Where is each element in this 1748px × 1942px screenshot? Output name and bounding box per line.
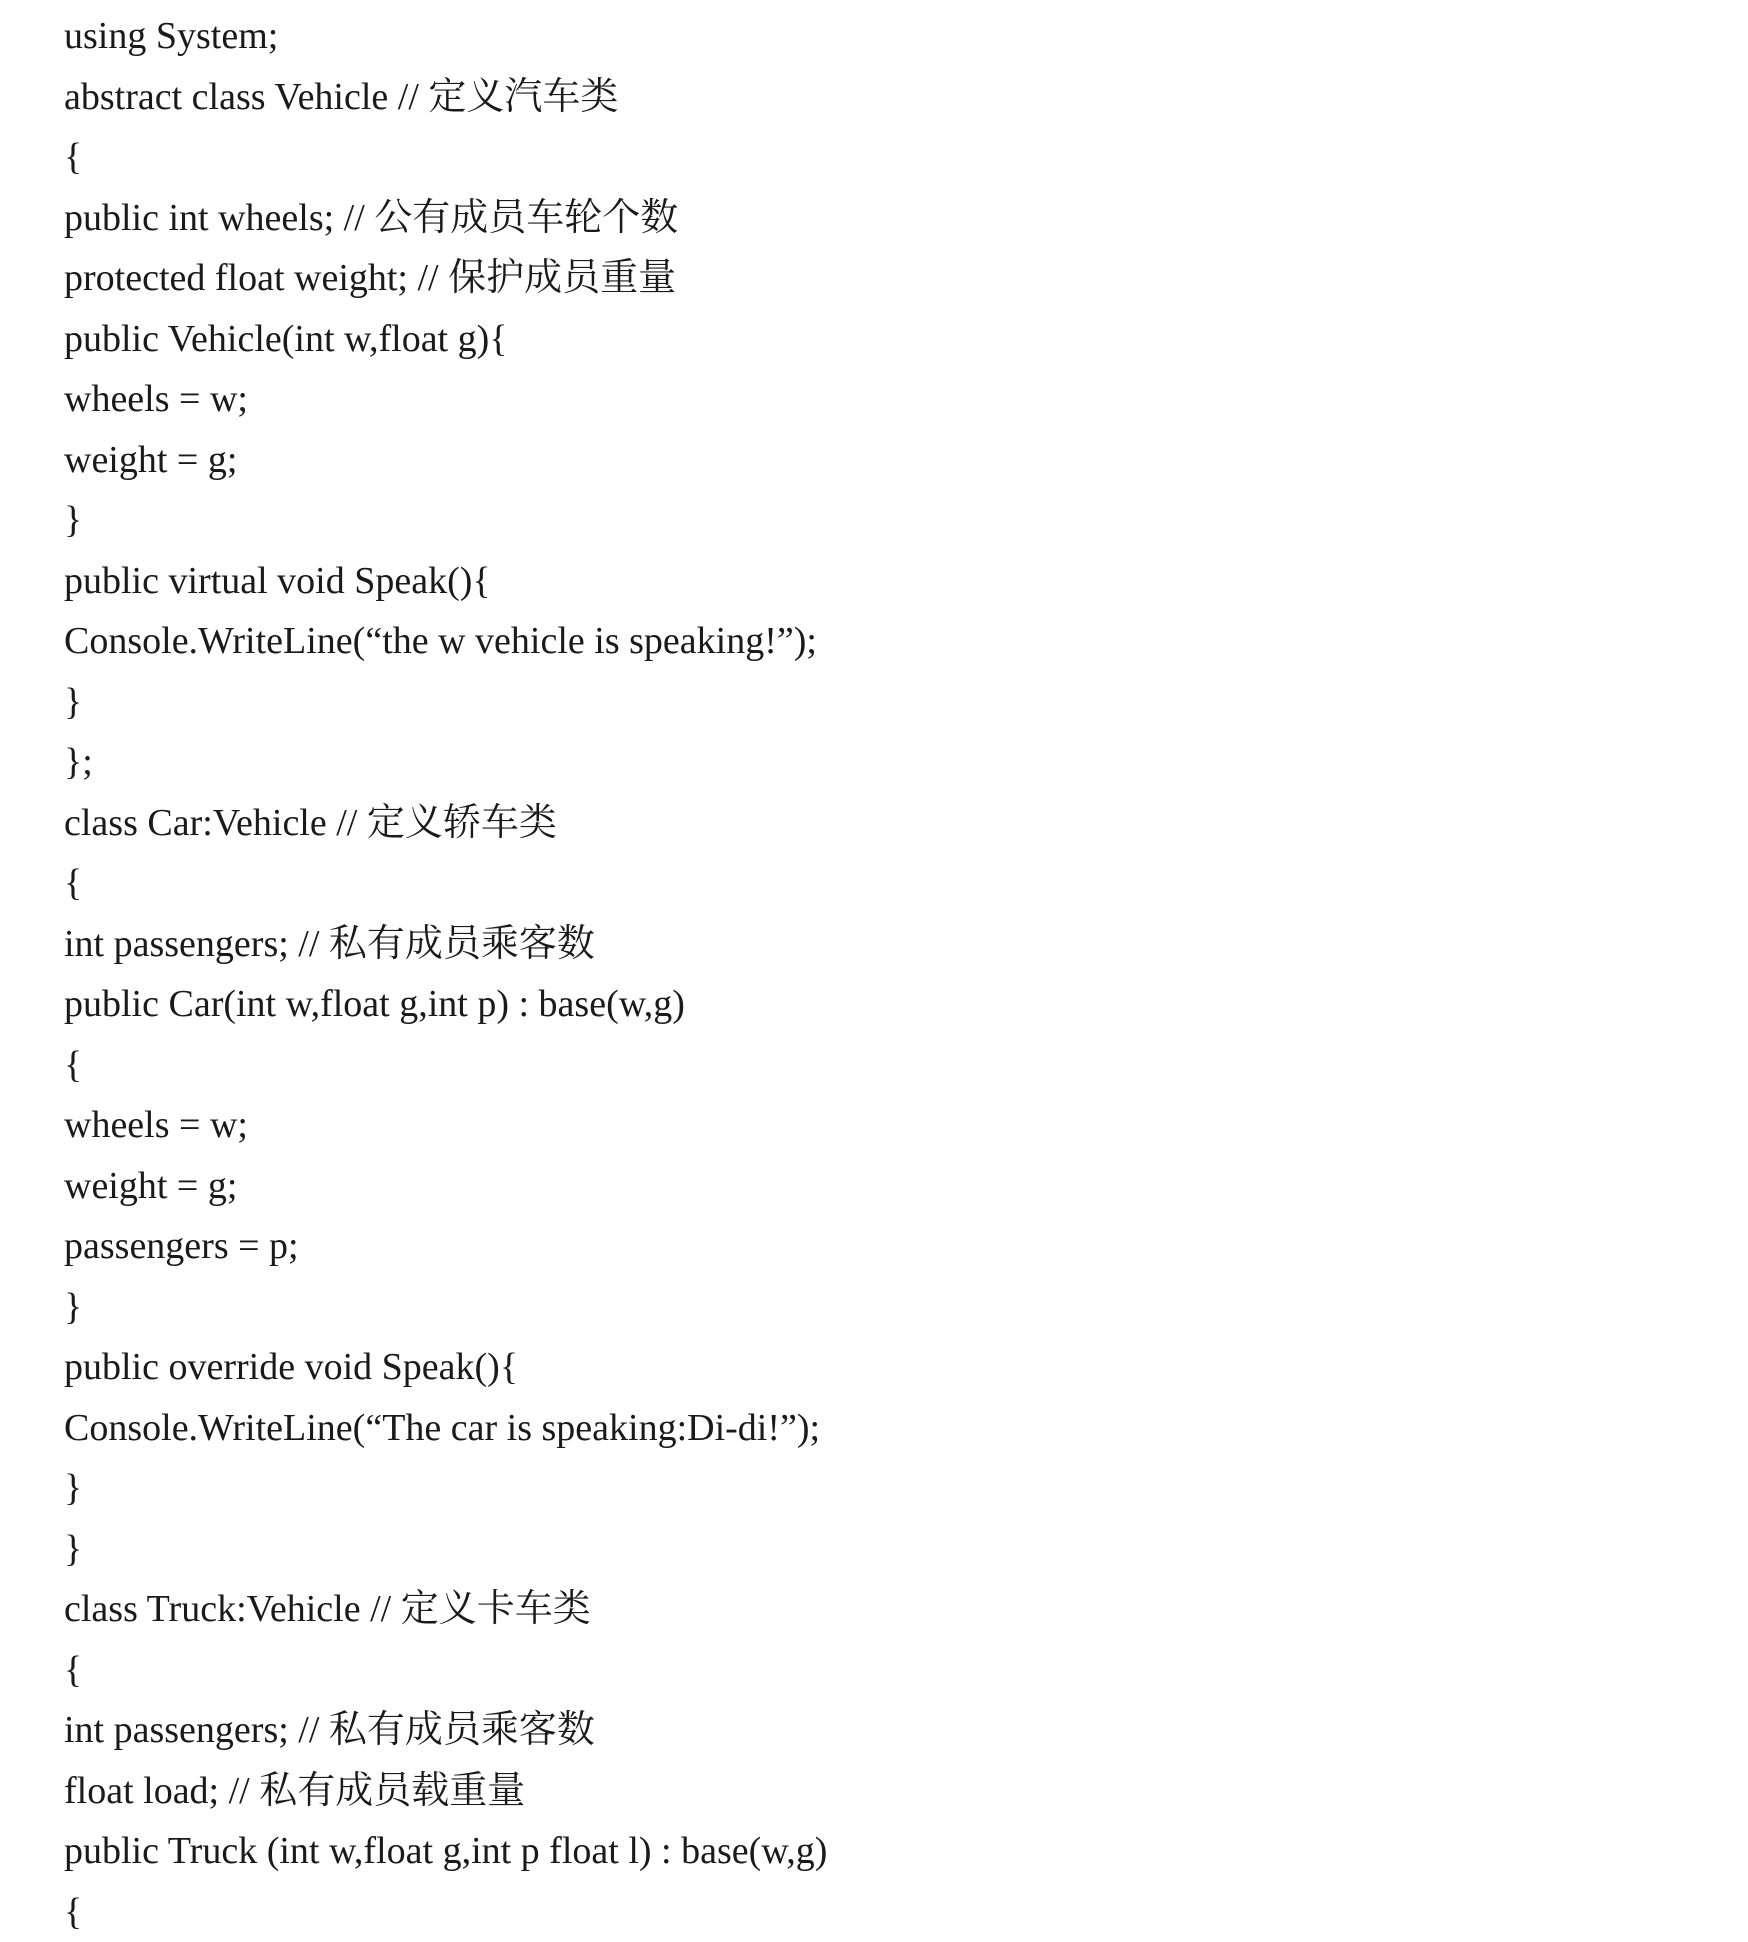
code-line-class-vehicle: abstract class Vehicle // 定义汽车类 (64, 67, 1748, 128)
code-line-writeline-car: Console.WriteLine(“The car is speaking:D… (64, 1398, 1748, 1459)
code-line-override-speak: public override void Speak(){ (64, 1337, 1748, 1398)
code-line-open-brace: { (64, 853, 1748, 914)
code-line-virtual-speak: public virtual void Speak(){ (64, 551, 1748, 612)
code-line-writeline-vehicle: Console.WriteLine(“the w vehicle is spea… (64, 611, 1748, 672)
code-line-close-brace: } (64, 672, 1748, 733)
code-line-weight-assign: weight = g; (64, 1156, 1748, 1217)
code-line-weight-decl: protected float weight; // 保护成员重量 (64, 248, 1748, 309)
code-line-vehicle-ctor: public Vehicle(int w,float g){ (64, 309, 1748, 370)
code-line-close-brace: } (64, 490, 1748, 551)
code-line-weight-assign: weight = g; (64, 430, 1748, 491)
code-line-using-system: using System; (64, 6, 1748, 67)
code-listing: using System; abstract class Vehicle // … (64, 6, 1748, 1942)
code-line-car-ctor: public Car(int w,float g,int p) : base(w… (64, 974, 1748, 1035)
code-line-wheels-assign: wheels = w; (64, 369, 1748, 430)
document-page: using System; abstract class Vehicle // … (0, 0, 1748, 1942)
code-line-open-brace: { (64, 1035, 1748, 1096)
code-line-passengers-decl: int passengers; // 私有成员乘客数 (64, 1700, 1748, 1761)
code-line-open-brace: { (64, 1640, 1748, 1701)
code-line-close-brace: } (64, 1519, 1748, 1580)
code-line-close-brace: } (64, 1458, 1748, 1519)
code-line-passengers-decl: int passengers; // 私有成员乘客数 (64, 914, 1748, 975)
code-line-close-brace-semicolon: }; (64, 732, 1748, 793)
code-line-class-truck: class Truck:Vehicle // 定义卡车类 (64, 1579, 1748, 1640)
code-line-truck-ctor: public Truck (int w,float g,int p float … (64, 1821, 1748, 1882)
code-line-load-decl: float load; // 私有成员载重量 (64, 1761, 1748, 1822)
code-line-open-brace: { (64, 127, 1748, 188)
code-line-class-car: class Car:Vehicle // 定义轿车类 (64, 793, 1748, 854)
code-line-passengers-assign: passengers = p; (64, 1216, 1748, 1277)
code-line-close-brace: } (64, 1277, 1748, 1338)
code-line-open-brace: { (64, 1882, 1748, 1942)
code-line-wheels-decl: public int wheels; // 公有成员车轮个数 (64, 188, 1748, 249)
code-line-wheels-assign: wheels = w; (64, 1095, 1748, 1156)
